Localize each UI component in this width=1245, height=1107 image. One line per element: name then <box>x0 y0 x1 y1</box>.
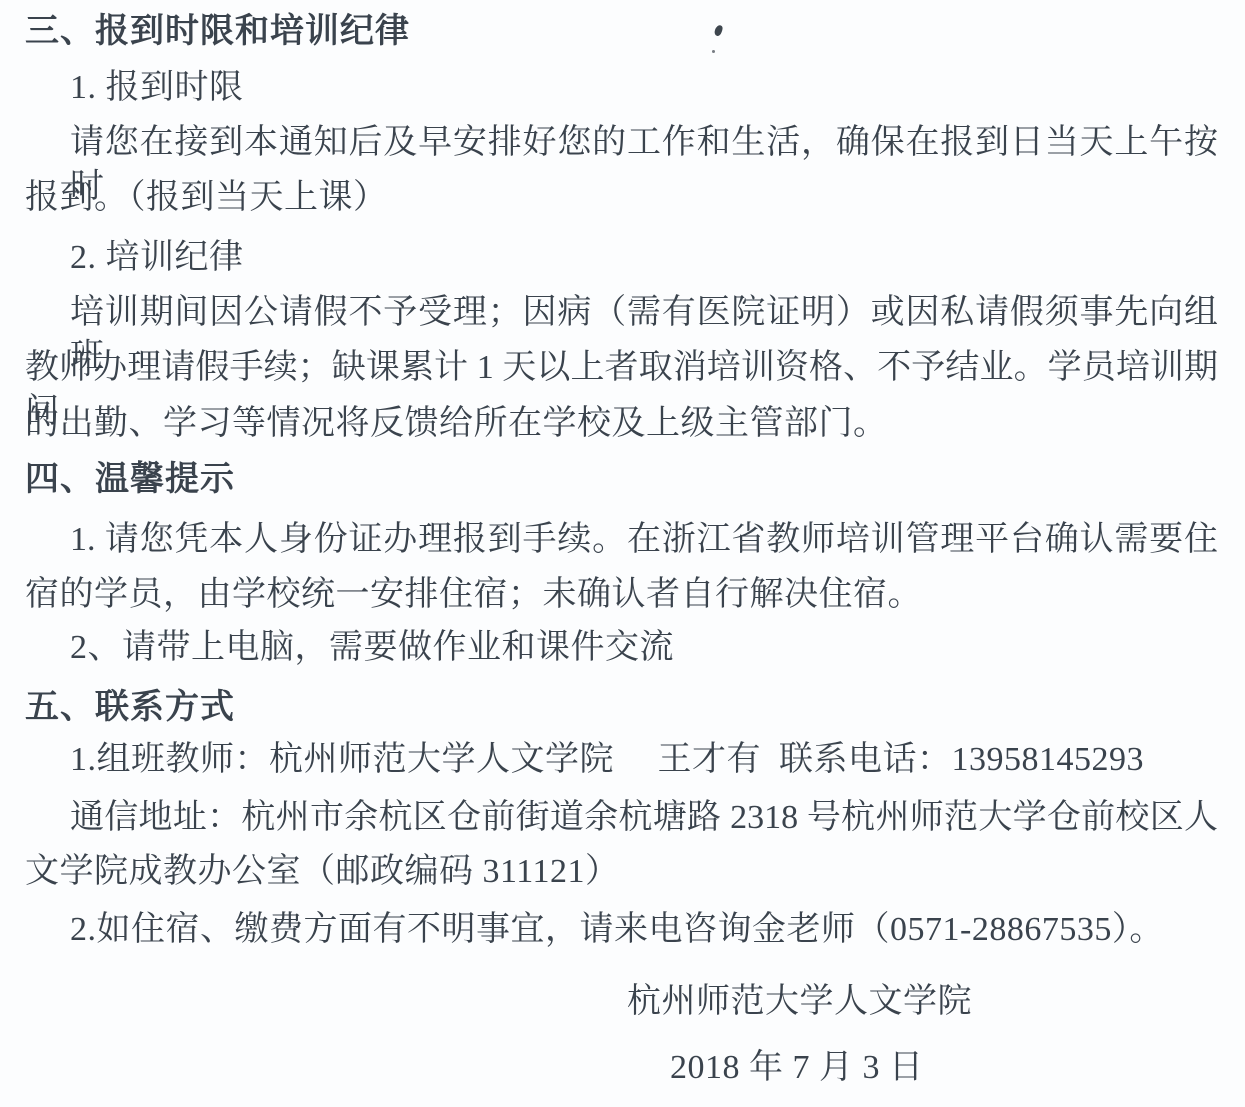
paragraph-line: 的出勤、学习等情况将反馈给所在学校及上级主管部门。 <box>25 402 888 446</box>
ink-speck <box>713 24 723 37</box>
section-heading-4: 四、温馨提示 <box>25 458 235 502</box>
mailing-address-line: 文学院成教办公室（邮政编码 311121） <box>25 850 619 894</box>
ink-speck <box>712 50 715 53</box>
mailing-address-line: 通信地址：杭州市余杭区仓前街道余杭塘路 2318 号杭州师范大学仓前校区人 <box>70 796 1218 840</box>
signature-date: 2018 年 7 月 3 日 <box>670 1046 924 1090</box>
scanned-document-page: 三、报到时限和培训纪律 1. 报到时限 请您在接到本通知后及早安排好您的工作和生… <box>0 0 1245 1107</box>
section-heading-3: 三、报到时限和培训纪律 <box>25 10 410 54</box>
section-heading-5: 五、联系方式 <box>25 686 235 730</box>
paragraph-line: 2、请带上电脑，需要做作业和课件交流 <box>70 626 674 670</box>
paragraph-line: 报到。（报到当天上课） <box>25 176 388 220</box>
signature-org: 杭州师范大学人文学院 <box>627 980 972 1024</box>
paragraph-line: 1. 请您凭本人身份证办理报到手续。在浙江省教师培训管理平台确认需要住 <box>70 518 1218 562</box>
subheading-report-time: 1. 报到时限 <box>70 66 244 110</box>
paragraph-line: 宿的学员，由学校统一安排住宿；未确认者自行解决住宿。 <box>25 573 922 617</box>
subheading-training-discipline: 2. 培训纪律 <box>70 236 244 280</box>
contact-phone-line: 2.如住宿、缴费方面有不明事宜，请来电咨询金老师（0571-28867535）。 <box>70 908 1164 952</box>
contact-teacher-line: 1.组班教师：杭州师范大学人文学院 王才有 联系电话：13958145293 <box>70 738 1144 782</box>
